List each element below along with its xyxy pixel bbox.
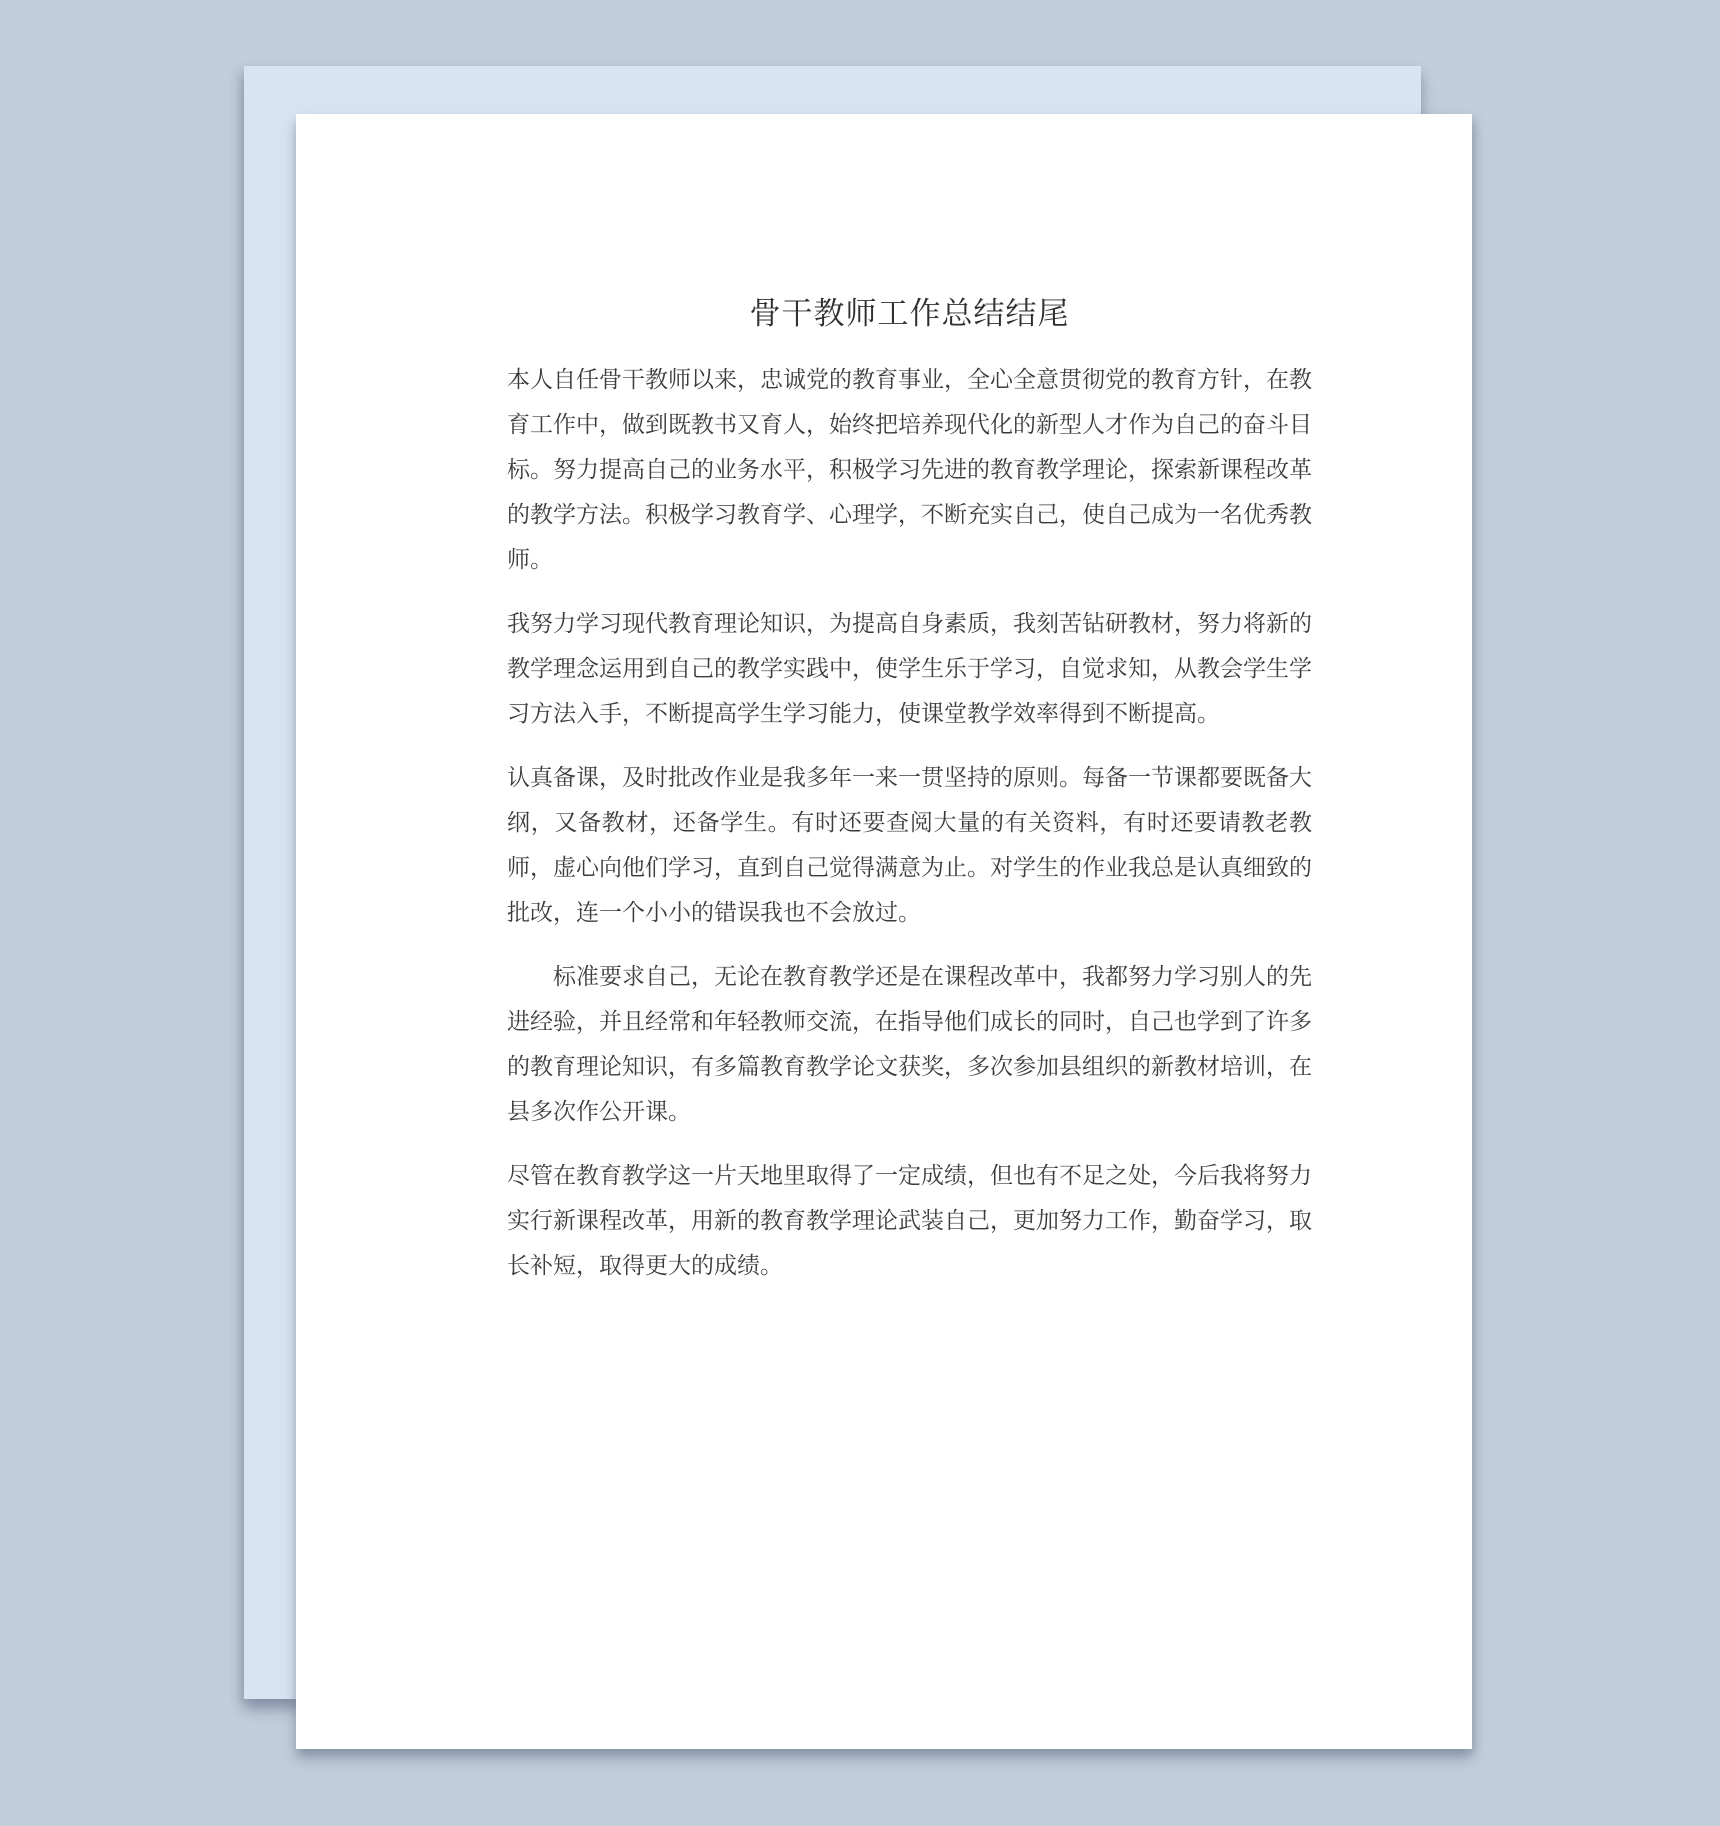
paragraph: 我努力学习现代教育理论知识，为提高自身素质，我刻苦钻研教材，努力将新的教学理念运… [507, 601, 1312, 736]
desk-background: { "page": { "title": "骨干教师工作总结结尾", "para… [0, 0, 1720, 1826]
document-title: 骨干教师工作总结结尾 [507, 290, 1312, 338]
document-content: 骨干教师工作总结结尾 本人自任骨干教师以来，忠诚党的教育事业，全心全意贯彻党的教… [507, 290, 1312, 1307]
document-body: 本人自任骨干教师以来，忠诚党的教育事业，全心全意贯彻党的教育方针，在教育工作中，… [507, 357, 1312, 1288]
paragraph: 本人自任骨干教师以来，忠诚党的教育事业，全心全意贯彻党的教育方针，在教育工作中，… [507, 357, 1312, 582]
paragraph: 认真备课，及时批改作业是我多年一来一贯坚持的原则。每备一节课都要既备大纲，又备教… [507, 755, 1312, 935]
paragraph: 尽管在教育教学这一片天地里取得了一定成绩，但也有不足之处，今后我将努力实行新课程… [507, 1153, 1312, 1288]
paragraph: 标准要求自己，无论在教育教学还是在课程改革中，我都努力学习别人的先进经验，并且经… [507, 954, 1312, 1134]
document-page: 骨干教师工作总结结尾 本人自任骨干教师以来，忠诚党的教育事业，全心全意贯彻党的教… [296, 114, 1472, 1749]
